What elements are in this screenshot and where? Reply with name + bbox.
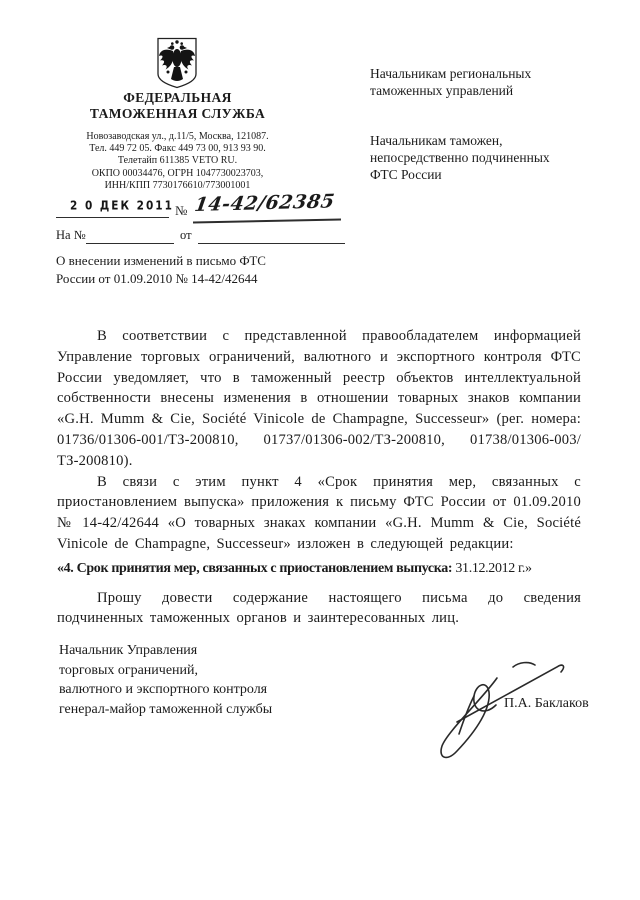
date-field-rule [56, 217, 169, 218]
amended-clause-line: «4. Срок принятия мер, связанных с приос… [57, 559, 581, 580]
reply-from-rule [198, 243, 345, 244]
coat-of-arms-icon [154, 37, 200, 89]
reply-number-label: На № [56, 228, 86, 243]
outgoing-number-handwritten: 14-42/62385 [193, 190, 336, 216]
addressee-customs-heads: Начальникам таможен, непосредственно под… [370, 132, 610, 183]
org-okpo-ogrn-line: ОКПО 00034476, ОГРН 1047730023703, [30, 168, 325, 180]
signer-position: Начальник Управления торговых ограничени… [59, 641, 379, 719]
amended-clause-bold: «4. Срок принятия мер, связанных с приос… [57, 561, 452, 576]
scanned-letter-page: ФЕДЕРАЛЬНАЯ ТАМОЖЕННАЯ СЛУЖБА Новозаводс… [0, 0, 640, 900]
closing-paragraph: Прошу довести содержание настоящего пись… [57, 588, 581, 630]
amended-clause-date: 31.12.2012 г.» [455, 561, 531, 576]
org-inn-kpp-line: ИНН/КПП 7730176610/773001001 [30, 180, 325, 192]
letter-subject: О внесении изменений в письмо ФТС России… [56, 252, 336, 287]
date-stamp: 2 0 ДЕК 2011 [70, 199, 174, 213]
org-address-line: Новозаводская ул., д.11/5, Москва, 12108… [30, 131, 325, 143]
reply-number-rule [86, 243, 174, 244]
body-paragraph-1: В соответствии с представленной правообл… [57, 326, 581, 472]
org-contact-block: Новозаводская ул., д.11/5, Москва, 12108… [30, 131, 325, 192]
reply-from-label: от [180, 228, 192, 243]
addressee-regional-directorates: Начальникам региональных таможенных упра… [370, 65, 610, 99]
letter-body: В соответствии с представленной правообл… [57, 326, 581, 629]
org-teletype-line: Телетайп 611385 VETO RU. [30, 155, 325, 167]
body-paragraph-2: В связи с этим пункт 4 «Срок принятия ме… [57, 472, 581, 555]
number-sign: № [175, 203, 187, 219]
org-phone-line: Тел. 449 72 05. Факс 449 73 00, 913 93 9… [30, 143, 325, 155]
org-name: ФЕДЕРАЛЬНАЯ ТАМОЖЕННАЯ СЛУЖБА [30, 90, 325, 121]
handwritten-signature [433, 648, 611, 788]
number-field-rule [193, 218, 341, 223]
